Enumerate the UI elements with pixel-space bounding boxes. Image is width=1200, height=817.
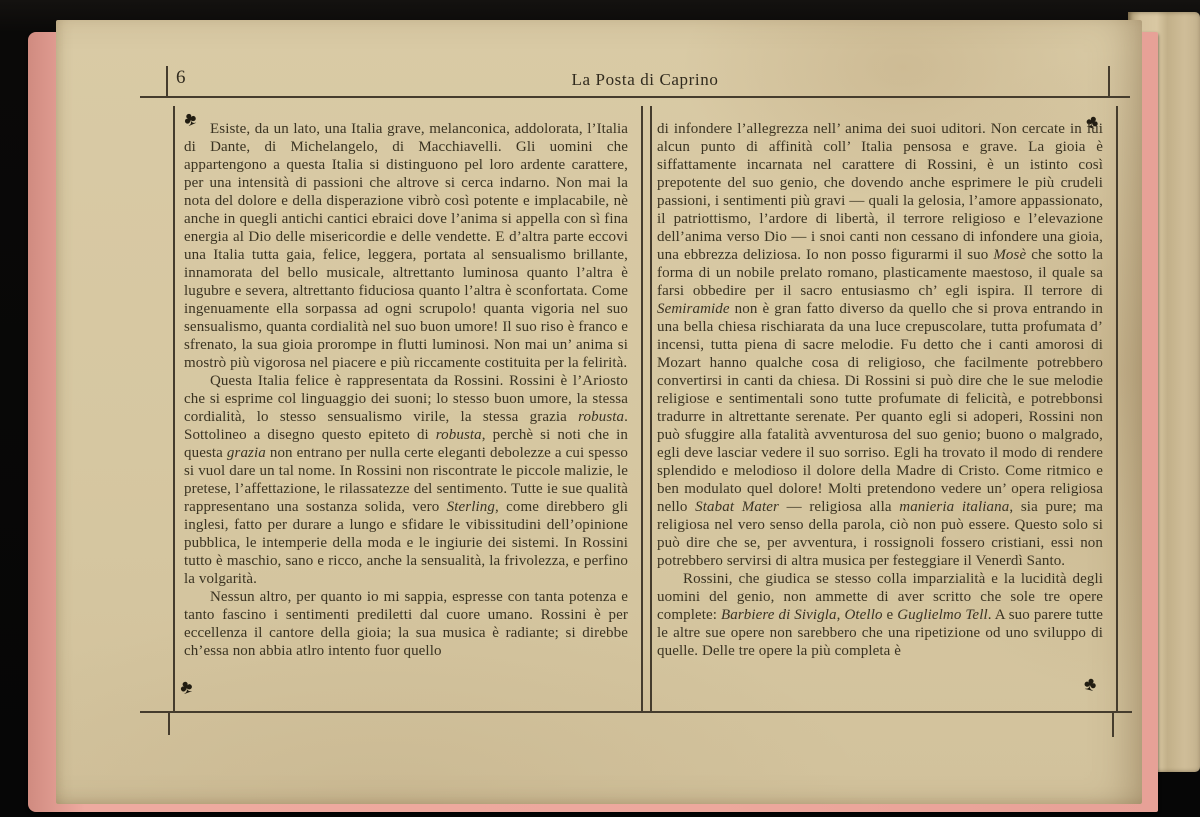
book-page: 6 La Posta di Caprino ♣ ♣ ♣ ♣ Esiste, da… (56, 20, 1142, 804)
paragraph: Nessun altro, per quanto io mi sappia, e… (184, 588, 628, 660)
paragraph: Questa Italia felice è rappresentata da … (184, 372, 628, 588)
header-right-tick (1108, 66, 1110, 96)
page-title: La Posta di Caprino (160, 70, 1130, 90)
frame-right-rule (1116, 106, 1118, 712)
scanned-book-photo: 6 La Posta di Caprino ♣ ♣ ♣ ♣ Esiste, da… (0, 0, 1200, 817)
paragraph: di infondere l’allegrezza nell’ anima de… (657, 120, 1103, 570)
frame-left-rule (173, 106, 175, 712)
text-column-right: di infondere l’allegrezza nell’ anima de… (657, 120, 1103, 720)
paragraph: Rossini, che giudica se stesso colla imp… (657, 570, 1103, 660)
header-rule (140, 96, 1130, 98)
footer-right-tick (1112, 713, 1114, 737)
text-column-left: Esiste, da un lato, una Italia grave, me… (184, 120, 628, 720)
footer-left-tick (168, 713, 170, 735)
column-divider-rule-1 (641, 106, 643, 712)
paragraph: Esiste, da un lato, una Italia grave, me… (184, 120, 628, 372)
column-divider-rule-2 (650, 106, 652, 712)
